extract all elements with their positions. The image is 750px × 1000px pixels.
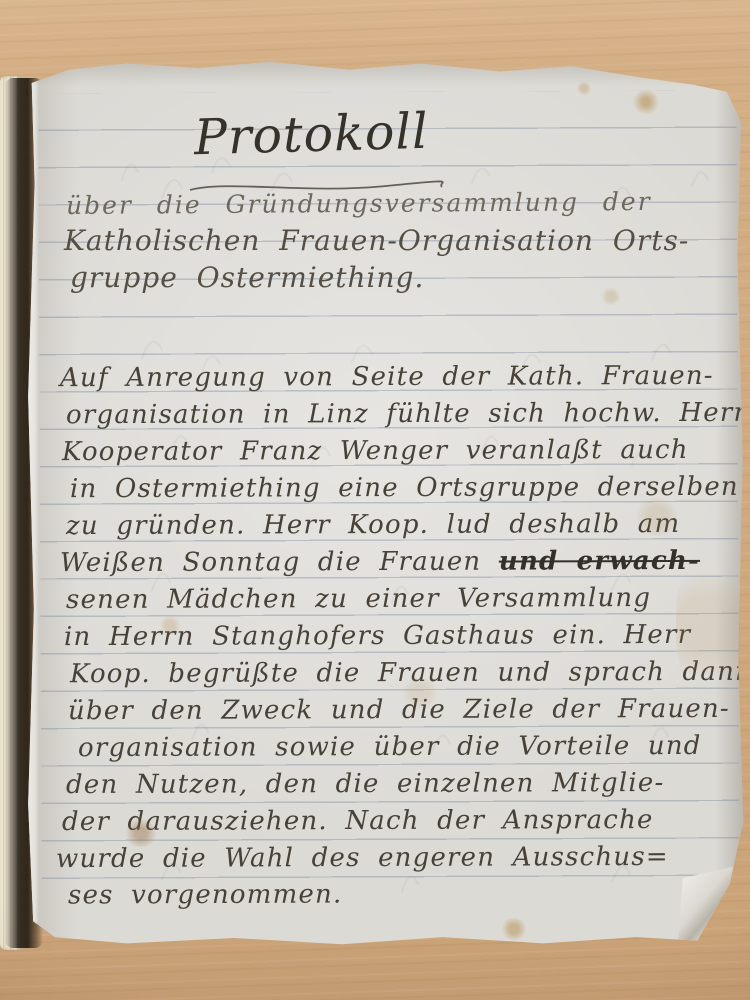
handwritten-line: Auf Anregung von Seite der Kath. Frauen- bbox=[60, 361, 714, 393]
handwritten-line: in Herrn Stanghofers Gasthaus ein. Herr bbox=[64, 620, 691, 652]
handwritten-line: Weißen Sonntag die Frauen und erwach- bbox=[60, 546, 700, 578]
handwritten-line: über den Zweck und die Ziele der Frauen- bbox=[68, 694, 730, 726]
handwritten-line: den Nutzen, den die einzelnen Mitglie- bbox=[66, 768, 665, 800]
handwritten-line: organisation sowie über die Vorteile und bbox=[78, 731, 702, 763]
handwritten-line: organisation in Linz fühlte sich hochw. … bbox=[66, 398, 747, 430]
handwritten-line: Kooperator Franz Wenger veranlaßt auch bbox=[62, 435, 689, 467]
photo-of-handwritten-protocol: { "document": { "title": "Protokoll", "s… bbox=[0, 0, 750, 1000]
handwritten-line: wurde die Wahl des engeren Ausschus= bbox=[56, 842, 669, 874]
subtitle-line-3: gruppe Ostermiething. bbox=[70, 261, 424, 294]
subtitle-line-2: Katholischen Frauen-Organisation Orts- bbox=[64, 224, 689, 257]
notebook-page: Protokoll über die Gründungsversammlung … bbox=[26, 60, 744, 946]
handwritten-line: Koop. begrüßte die Frauen und sprach dan… bbox=[70, 657, 750, 689]
handwritten-line: in Ostermiething eine Ortsgruppe derselb… bbox=[70, 472, 739, 504]
struck-out-words: und erwach- bbox=[499, 546, 700, 577]
subtitle-line-1: über die Gründungsversammlung der bbox=[66, 187, 652, 220]
handwritten-line: zu gründen. Herr Koop. lud deshalb am bbox=[66, 509, 680, 541]
handwritten-line: der darausziehen. Nach der Ansprache bbox=[62, 805, 654, 837]
handwritten-line: ses vorgenommen. bbox=[68, 880, 343, 911]
document-title: Protokoll bbox=[193, 103, 429, 167]
handwritten-line: senen Mädchen zu einer Versammlung bbox=[66, 583, 651, 615]
